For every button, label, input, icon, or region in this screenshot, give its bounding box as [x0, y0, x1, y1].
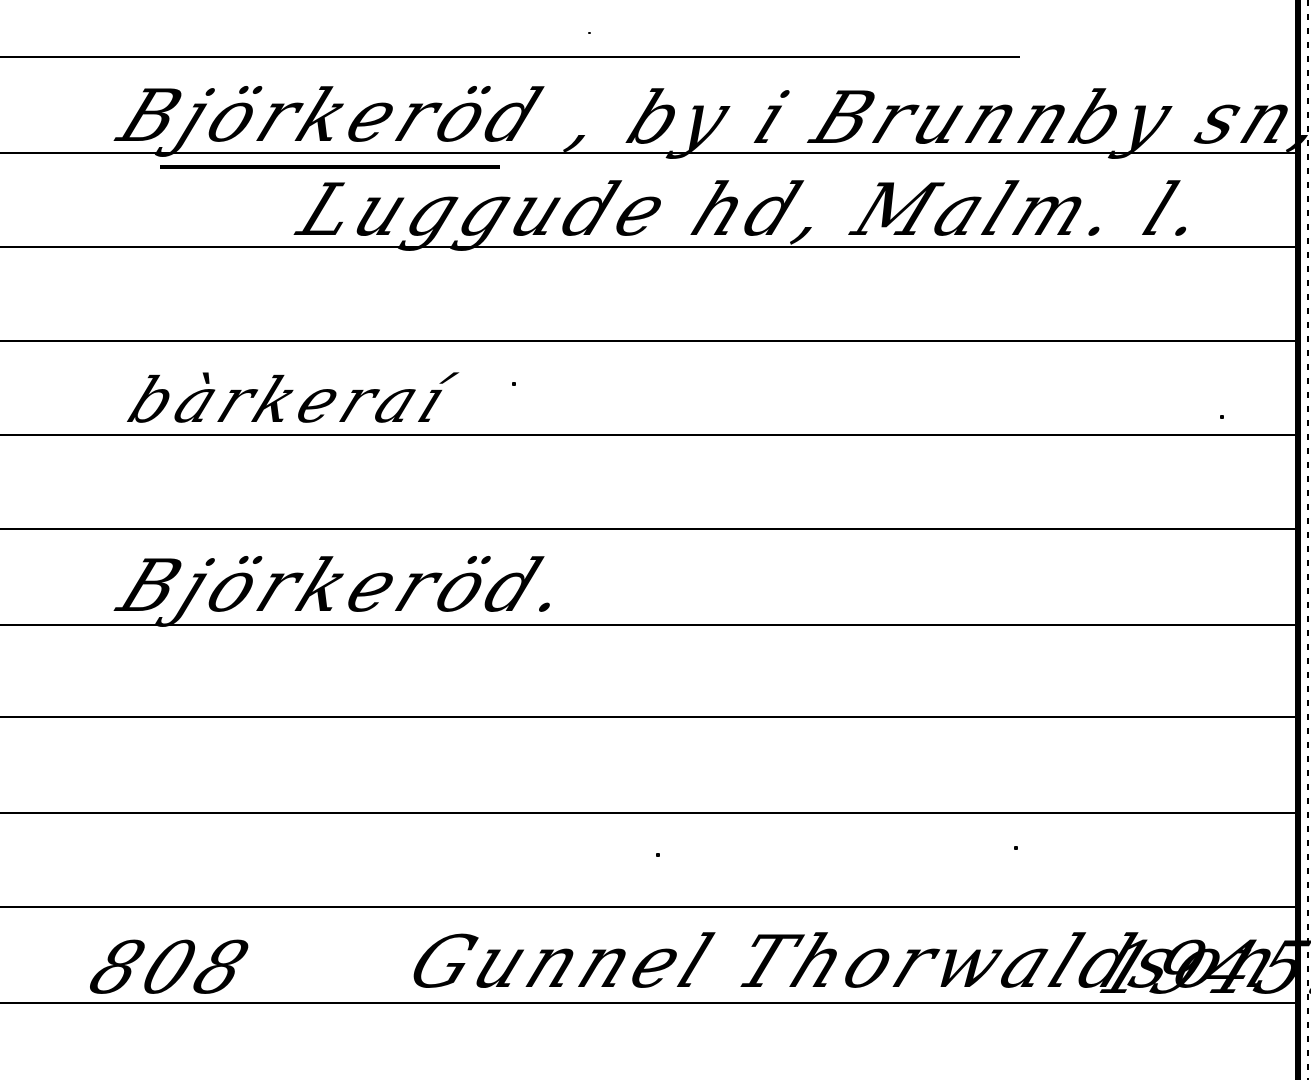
spoken-form: Björkeröd.	[110, 550, 585, 622]
scan-speck	[588, 32, 591, 34]
ruled-line-1	[0, 56, 1020, 58]
scan-speck	[512, 382, 516, 386]
scan-speck	[1014, 846, 1018, 850]
record-number: 808	[80, 932, 265, 1004]
ruled-line-10	[0, 906, 1300, 908]
ruled-line-9	[0, 812, 1300, 814]
card-edge	[1295, 0, 1301, 1080]
ruled-line-4	[0, 340, 1300, 342]
scan-speck	[656, 853, 660, 857]
ruled-line-6	[0, 528, 1300, 530]
scan-speck	[1220, 415, 1224, 419]
ruled-line-8	[0, 716, 1300, 718]
index-card: Björkeröd , by i Brunnby sn, Luggude hd,…	[0, 0, 1311, 1080]
headword: Björkeröd	[110, 80, 556, 152]
record-year: 1945.	[1090, 932, 1311, 1004]
entry-location-line1: , by i Brunnby sn,	[560, 82, 1311, 154]
card-edge-shadow	[1307, 0, 1309, 1080]
entry-location-line2: Luggude hd, Malm. l.	[290, 174, 1221, 246]
pronunciation: bàrkeraí	[120, 370, 460, 432]
